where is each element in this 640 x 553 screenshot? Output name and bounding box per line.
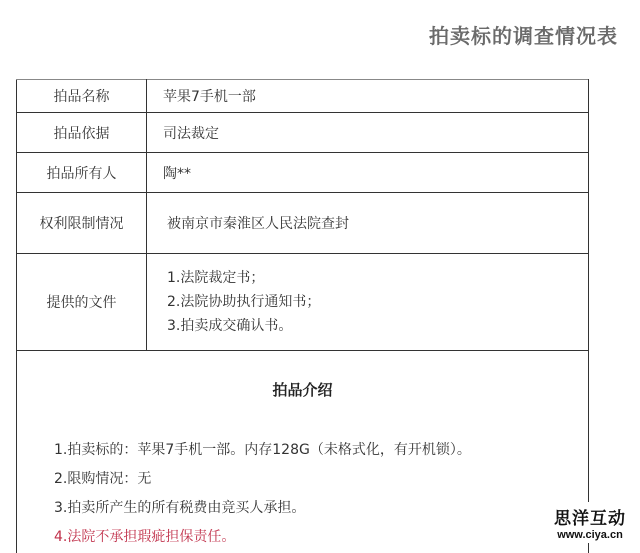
item-intro-section: 拍品介绍 1.拍卖标的：苹果7手机一部。内存128G（未格式化，有开机锁）。 2…	[16, 351, 589, 552]
document-line: 1.法院裁定书；	[167, 266, 587, 290]
document-title: 拍卖标的调查情况表	[429, 20, 618, 49]
watermark-name: 思洋互动	[554, 504, 626, 529]
document-line: 2.法院协助执行通知书；	[167, 290, 587, 314]
row-label: 拍品所有人	[17, 153, 147, 193]
table-row: 权利限制情况 被南京市秦淮区人民法院查封	[17, 193, 589, 254]
row-label: 拍品依据	[17, 113, 147, 153]
row-value: 陶**	[147, 153, 589, 193]
intro-item: 2.限购情况：无	[54, 465, 589, 494]
table-row: 拍品所有人 陶**	[17, 153, 589, 193]
watermark-url: www.ciya.cn	[554, 529, 626, 541]
row-label: 拍品名称	[17, 80, 147, 113]
auction-info-table: 拍品名称 苹果7手机一部 拍品依据 司法裁定 拍品所有人 陶** 权利限制情况 …	[16, 79, 589, 351]
intro-item: 1.拍卖标的：苹果7手机一部。内存128G（未格式化，有开机锁）。	[54, 436, 589, 465]
intro-list: 1.拍卖标的：苹果7手机一部。内存128G（未格式化，有开机锁）。 2.限购情况…	[16, 436, 589, 552]
document-line: 3.拍卖成交确认书。	[167, 314, 587, 338]
row-value: 被南京市秦淮区人民法院查封	[147, 193, 589, 254]
row-label: 提供的文件	[17, 254, 147, 351]
table-row: 拍品依据 司法裁定	[17, 113, 589, 153]
table-row: 拍品名称 苹果7手机一部	[17, 80, 589, 113]
watermark: 思洋互动 www.ciya.cn	[550, 502, 630, 543]
row-value: 司法裁定	[147, 113, 589, 153]
row-value-documents: 1.法院裁定书； 2.法院协助执行通知书； 3.拍卖成交确认书。	[147, 254, 589, 351]
row-label: 权利限制情况	[17, 193, 147, 254]
table-row: 提供的文件 1.法院裁定书； 2.法院协助执行通知书； 3.拍卖成交确认书。	[17, 254, 589, 351]
row-value: 苹果7手机一部	[147, 80, 589, 113]
intro-item-highlight: 4.法院不承担瑕疵担保责任。	[54, 523, 589, 552]
intro-item: 3.拍卖所产生的所有税费由竞买人承担。	[54, 494, 589, 523]
intro-title: 拍品介绍	[16, 379, 589, 400]
